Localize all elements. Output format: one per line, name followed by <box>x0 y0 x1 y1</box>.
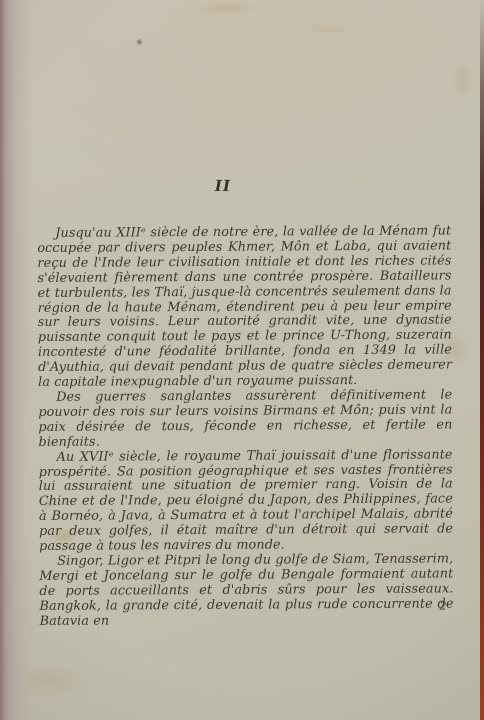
body-paragraph: Des guerres sanglantes assurèrent défini… <box>38 388 452 450</box>
book-page-photo: II Jusqu'au XIIIᵉ siècle de notre ère, l… <box>0 0 484 720</box>
book-cover-edge <box>480 0 484 720</box>
body-paragraph: Jusqu'au XIIIᵉ siècle de notre ère, la v… <box>37 224 452 390</box>
chapter-heading: II <box>0 175 447 196</box>
page-number: 2 <box>439 599 446 612</box>
body-text-block: Jusqu'au XIIIᵉ siècle de notre ère, la v… <box>37 224 453 629</box>
body-paragraph: Au XVIIᵉ siècle, le royaume Thaï jouissa… <box>39 448 454 555</box>
body-paragraph: Singor, Ligor et Pitpri le long du golfe… <box>39 552 453 629</box>
printed-text-layer: II Jusqu'au XIIIᵉ siècle de notre ère, l… <box>0 0 484 720</box>
